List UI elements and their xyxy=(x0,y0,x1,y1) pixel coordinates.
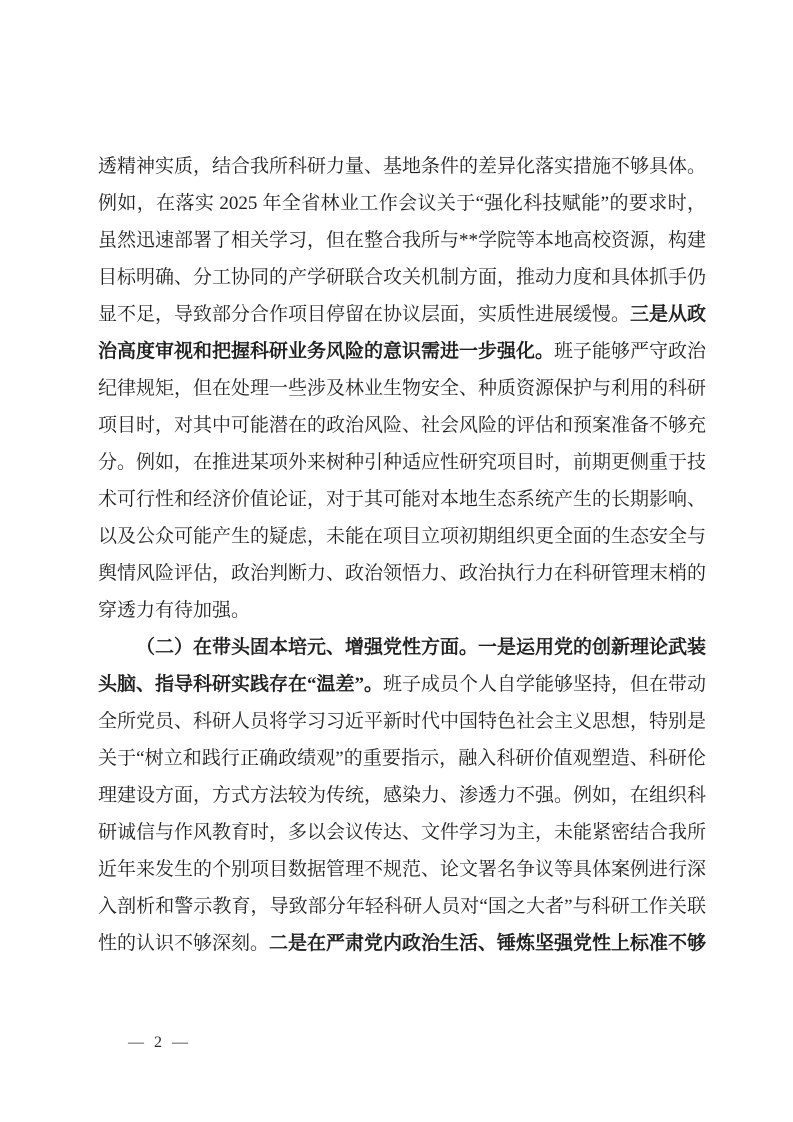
text-run: 透精神实质，结合我所科研力量、基地条件的差异化落实措施不够具体。 xyxy=(98,156,706,177)
text-line: 以及公众可能产生的疑虑，未能在项目立项初期组织更全面的生态安全与 xyxy=(98,518,706,555)
text-run: 分。例如，在推进某项外来树种引种适应性研究项目时，前期更侧重于技 xyxy=(98,452,706,473)
text-run: 关于“树立和践行正确政绩观”的重要指示，融入科研价值观塑造、科研伦 xyxy=(98,748,706,769)
section-heading: （二）在带头固本培元、增强党性方面。一是运用党的创新理论武装 xyxy=(136,637,706,658)
text-run: 全所党员、科研人员将学习习近平新时代中国特色社会主义思想，特别是 xyxy=(98,711,706,732)
text-line: 分。例如，在推进某项外来树种引种适应性研究项目时，前期更侧重于技 xyxy=(98,444,706,481)
text-run: 目标明确、分工协同的产学研联合攻关机制方面，推动力度和具体抓手仍 xyxy=(98,267,706,288)
text-run-bold: 三是从政 xyxy=(630,304,706,325)
text-run-bold: 头脑、指导科研实践存在“温差”。 xyxy=(98,674,383,695)
text-run: 纪律规矩，但在处理一些涉及林业生物安全、种质资源保护与利用的科研 xyxy=(98,378,706,399)
text-run: 例如，在落实 2025 年全省林业工作会议关于“强化科技赋能”的要求时， xyxy=(98,193,706,214)
text-run: 性的认识不够深刻。 xyxy=(98,933,269,954)
text-run: 术可行性和经济价值论证，对于其可能对本地生态系统产生的长期影响、 xyxy=(98,489,706,510)
text-run: 近年来发生的个别项目数据管理不规范、论文署名争议等具体案例进行深 xyxy=(98,859,706,880)
page-number: — 2 — xyxy=(128,1032,191,1053)
text-line: 显不足，导致部分合作项目停留在协议层面，实质性进展缓慢。三是从政 xyxy=(98,296,706,333)
text-line: 术可行性和经济价值论证，对于其可能对本地生态系统产生的长期影响、 xyxy=(98,481,706,518)
text-line: 理建设方面，方式方法较为传统，感染力、渗透力不强。例如，在组织科 xyxy=(98,777,706,814)
text-line: 性的认识不够深刻。二是在严肃党内政治生活、锤炼坚强党性上标准不够 xyxy=(98,925,706,962)
text-line: 项目时，对其中可能潜在的政治风险、社会风险的评估和预案准备不够充 xyxy=(98,407,706,444)
text-line: 入剖析和警示教育，导致部分年轻科研人员对“国之大者”与科研工作关联 xyxy=(98,888,706,925)
text-run: 班子能够严守政治 xyxy=(554,341,706,362)
text-run: 入剖析和警示教育，导致部分年轻科研人员对“国之大者”与科研工作关联 xyxy=(98,896,706,917)
text-line: 例如，在落实 2025 年全省林业工作会议关于“强化科技赋能”的要求时， xyxy=(98,185,706,222)
text-run: 显不足，导致部分合作项目停留在协议层面，实质性进展缓慢。 xyxy=(98,304,630,325)
text-run: 班子成员个人自学能够坚持，但在带动 xyxy=(383,674,706,695)
text-line: 研诚信与作风教育时，多以会议传达、文件学习为主，未能紧密结合我所 xyxy=(98,814,706,851)
text-run: 研诚信与作风教育时，多以会议传达、文件学习为主，未能紧密结合我所 xyxy=(98,822,706,843)
text-run: 以及公众可能产生的疑虑，未能在项目立项初期组织更全面的生态安全与 xyxy=(98,526,706,547)
text-line: 透精神实质，结合我所科研力量、基地条件的差异化落实措施不够具体。 xyxy=(98,148,706,185)
document-body-text: 透精神实质，结合我所科研力量、基地条件的差异化落实措施不够具体。 例如，在落实 … xyxy=(98,148,706,962)
text-run: 虽然迅速部署了相关学习，但在整合我所与**学院等本地高校资源，构建 xyxy=(98,230,706,251)
text-run: 舆情风险评估，政治判断力、政治领悟力、政治执行力在科研管理末梢的 xyxy=(98,563,706,584)
text-line: 治高度审视和把握科研业务风险的意识需进一步强化。班子能够严守政治 xyxy=(98,333,706,370)
text-line: 关于“树立和践行正确政绩观”的重要指示，融入科研价值观塑造、科研伦 xyxy=(98,740,706,777)
document-page: 透精神实质，结合我所科研力量、基地条件的差异化落实措施不够具体。 例如，在落实 … xyxy=(0,0,793,1122)
text-line: 头脑、指导科研实践存在“温差”。班子成员个人自学能够坚持，但在带动 xyxy=(98,666,706,703)
section-heading-line: （二）在带头固本培元、增强党性方面。一是运用党的创新理论武装 xyxy=(98,629,706,666)
text-line: 舆情风险评估，政治判断力、政治领悟力、政治执行力在科研管理末梢的 xyxy=(98,555,706,592)
text-line: 目标明确、分工协同的产学研联合攻关机制方面，推动力度和具体抓手仍 xyxy=(98,259,706,296)
text-run-bold: 二是在严肃党内政治生活、锤炼坚强党性上标准不够 xyxy=(269,933,706,954)
text-run: 项目时，对其中可能潜在的政治风险、社会风险的评估和预案准备不够充 xyxy=(98,415,706,436)
text-run: 穿透力有待加强。 xyxy=(98,600,250,621)
text-run: 理建设方面，方式方法较为传统，感染力、渗透力不强。例如，在组织科 xyxy=(98,785,706,806)
text-line: 全所党员、科研人员将学习习近平新时代中国特色社会主义思想，特别是 xyxy=(98,703,706,740)
text-line: 近年来发生的个别项目数据管理不规范、论文署名争议等具体案例进行深 xyxy=(98,851,706,888)
text-line: 虽然迅速部署了相关学习，但在整合我所与**学院等本地高校资源，构建 xyxy=(98,222,706,259)
text-line: 穿透力有待加强。 xyxy=(98,592,706,629)
text-line: 纪律规矩，但在处理一些涉及林业生物安全、种质资源保护与利用的科研 xyxy=(98,370,706,407)
text-run-bold: 治高度审视和把握科研业务风险的意识需进一步强化。 xyxy=(98,341,554,362)
